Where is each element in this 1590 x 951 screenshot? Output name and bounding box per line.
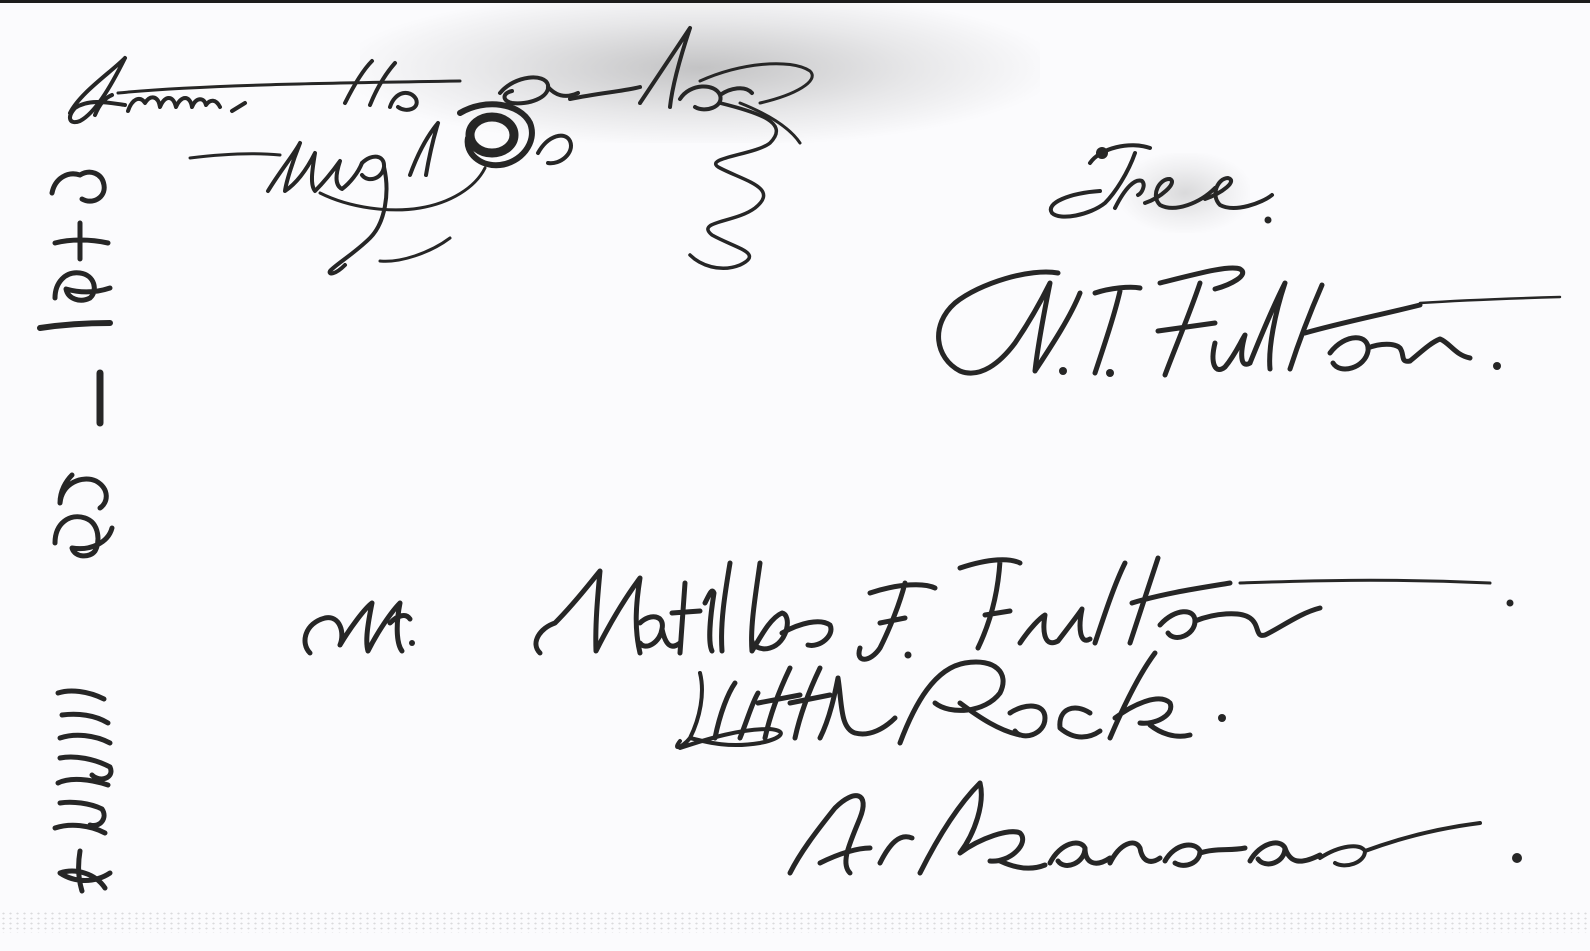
postmark-date: Aug 26 <box>270 138 414 184</box>
docket-vertical-handwriting <box>40 172 112 891</box>
postmark-squiggle <box>690 103 776 268</box>
postmark-date-handwriting <box>190 104 571 273</box>
recipient-name: Mrs. Matilda F. Fulton. <box>300 563 1116 645</box>
postmark-town: Washington <box>70 63 308 109</box>
recipient-city: Little Rock. <box>670 663 1080 745</box>
recipient-state: Arkansas. <box>790 788 1189 881</box>
franking-signature: W. F. Fulton. <box>930 273 1433 366</box>
envelope-scan: Washington Aug 26 August 25 – 1843 Free.… <box>0 0 1590 951</box>
free-label: Free. <box>1050 153 1210 223</box>
